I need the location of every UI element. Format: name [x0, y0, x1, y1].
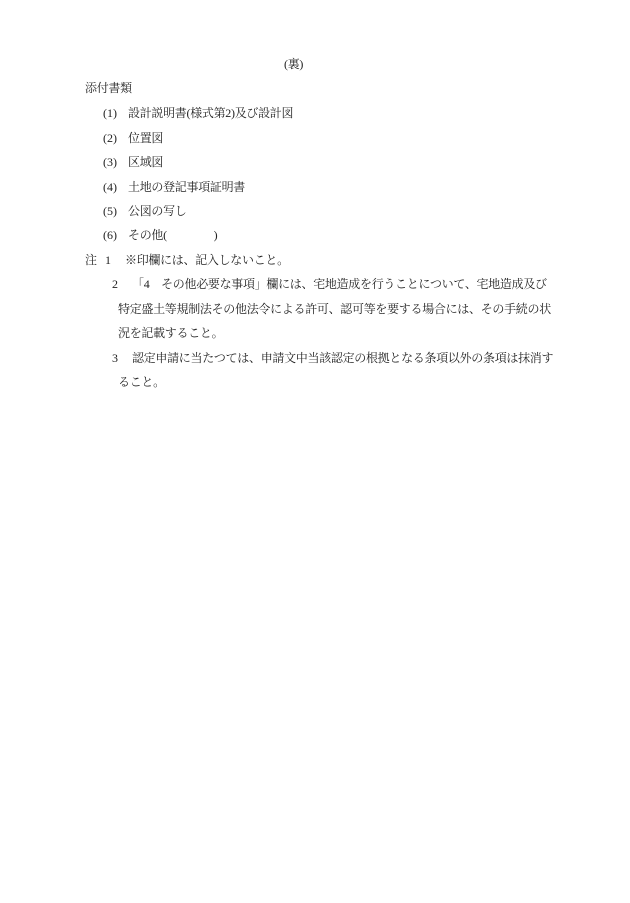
note-item-3-line-1: 3認定申請に当たつては、申請文中当該認定の根拠となる条項以外の条項は抹消す	[112, 351, 553, 366]
note-number: 3	[112, 351, 132, 366]
attachment-number: (4)	[103, 180, 128, 195]
note-item-1: 注1※印欄には、記入しないこと。	[85, 253, 289, 268]
attachment-item-6: (6)その他( )	[103, 228, 217, 243]
page-side-label: (裏)	[284, 57, 303, 72]
note-number: 2	[112, 277, 132, 292]
note-item-3-line-2: ること。	[118, 375, 165, 390]
attachment-number: (6)	[103, 228, 128, 243]
note-text: 認定申請に当たつては、申請文中当該認定の根拠となる条項以外の条項は抹消す	[132, 351, 553, 365]
note-text: ること。	[118, 375, 165, 389]
note-text: 況を記載すること。	[118, 326, 223, 340]
note-item-2-line-3: 況を記載すること。	[118, 326, 223, 341]
notes-label: 注	[85, 253, 105, 268]
attachment-number: (1)	[103, 106, 128, 121]
note-text: ※印欄には、記入しないこと。	[125, 253, 289, 267]
attachment-item-2: (2)位置図	[103, 131, 163, 146]
attachment-text: その他( )	[128, 228, 217, 242]
note-number: 1	[105, 253, 125, 268]
attachment-item-4: (4)土地の登記事項証明書	[103, 180, 245, 195]
attachment-text: 区域図	[128, 155, 163, 169]
attachment-number: (5)	[103, 204, 128, 219]
attachment-text: 公図の写し	[128, 204, 187, 218]
attachment-text: 位置図	[128, 131, 163, 145]
attachment-text: 土地の登記事項証明書	[128, 180, 245, 194]
note-item-2-line-1: 2「4 その他必要な事項」欄には、宅地造成を行うことについて、宅地造成及び	[112, 277, 547, 292]
section-title: 添付書類	[85, 81, 132, 96]
attachment-text: 設計説明書(様式第2)及び設計図	[128, 106, 293, 120]
attachment-item-5: (5)公図の写し	[103, 204, 187, 219]
note-item-2-line-2: 特定盛土等規制法その他法令による許可、認可等を要する場合には、その手続の状	[118, 302, 551, 317]
attachment-number: (3)	[103, 155, 128, 170]
attachment-number: (2)	[103, 131, 128, 146]
note-text: 特定盛土等規制法その他法令による許可、認可等を要する場合には、その手続の状	[118, 302, 551, 316]
attachment-item-1: (1)設計説明書(様式第2)及び設計図	[103, 106, 293, 121]
document-page: (裏) 添付書類 (1)設計説明書(様式第2)及び設計図 (2)位置図 (3)区…	[0, 0, 630, 903]
note-text: 「4 その他必要な事項」欄には、宅地造成を行うことについて、宅地造成及び	[132, 277, 547, 291]
attachment-item-3: (3)区域図	[103, 155, 163, 170]
